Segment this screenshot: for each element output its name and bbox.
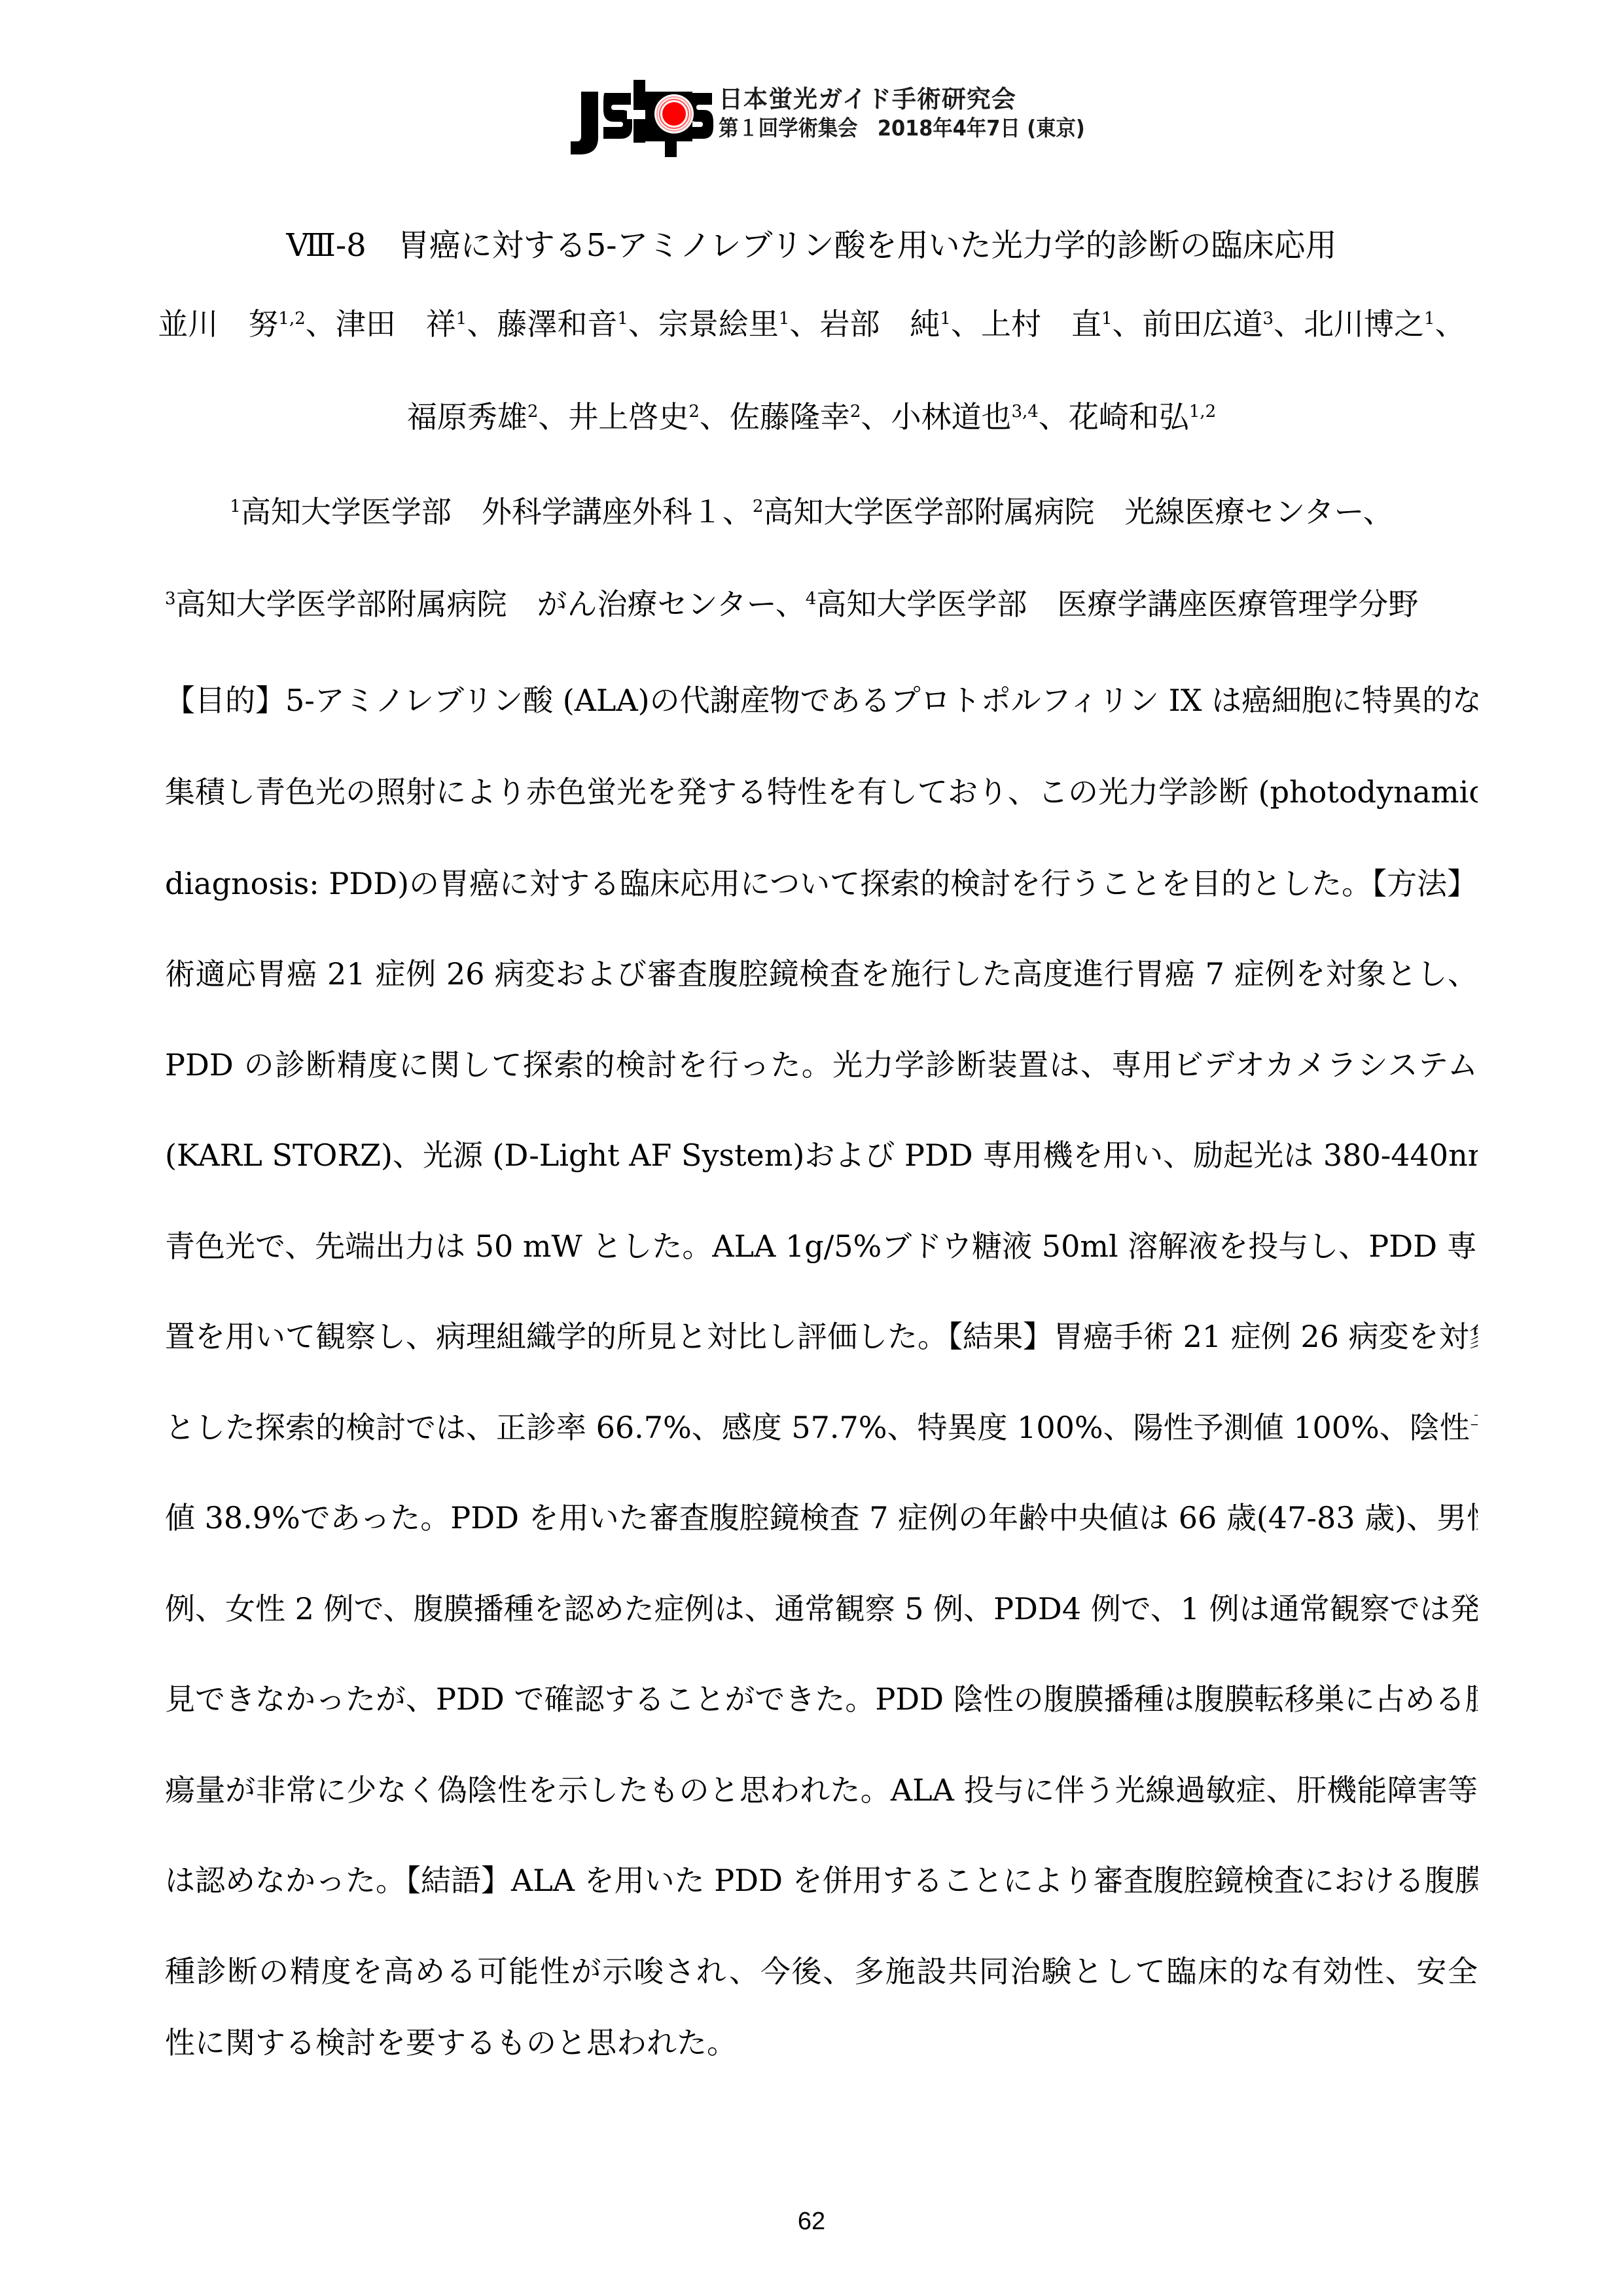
affiliation-number: 1: [230, 497, 241, 516]
body-line: は認めなかった。【結語】ALA を用いた PDD を併用することにより審査腹腔鏡…: [165, 1861, 1478, 1900]
author-separator: 、: [306, 306, 336, 342]
conference-header: 日本蛍光ガイド手術研究会 第１回学術集会 2018年4年7日 (東京): [562, 73, 1059, 158]
author-name: 並川 努: [158, 306, 278, 342]
author-separator: 、: [789, 306, 819, 342]
org-name: 日本蛍光ガイド手術研究会: [719, 85, 1116, 114]
abstract-title: Ⅷ-8 胃癌に対する5-アミノレブリン酸を用いた光力学的診断の臨床応用: [0, 226, 1623, 265]
author-separator: 、: [1274, 306, 1304, 342]
body-line: diagnosis: PDD)の胃癌に対する臨床応用について探索的検討を行うこと…: [165, 864, 1478, 903]
author-affiliation: 1,2: [1189, 402, 1216, 422]
author-name: 岩部 純: [819, 306, 940, 342]
author-affiliation: 1: [617, 309, 628, 329]
body-line: 種診断の精度を高める可能性が示唆され、今後、多施設共同治験として臨床的な有効性、…: [165, 1952, 1478, 1991]
author-name: 前田広道: [1143, 306, 1263, 342]
author-separator: 、: [1435, 306, 1465, 342]
body-line: とした探索的検討では、正診率 66.7%、感度 57.7%、特異度 100%、陽…: [165, 1408, 1478, 1447]
author-separator: 、: [1113, 306, 1143, 342]
author-name: 井上啓史: [568, 399, 688, 435]
author-separator: 、: [467, 306, 497, 342]
affiliation-number: 2: [753, 497, 764, 516]
jsfgs-logo-icon: [562, 73, 719, 158]
author-affiliation: 1: [1424, 309, 1435, 329]
header-text: 日本蛍光ガイド手術研究会 第１回学術集会 2018年4年7日 (東京): [719, 85, 1116, 143]
author-name: 小林道也: [891, 399, 1011, 435]
author-name: 花崎和弘: [1069, 399, 1189, 435]
author-separator: 、: [538, 399, 568, 435]
author-affiliation: 2: [688, 402, 700, 422]
author-separator: 、: [951, 306, 981, 342]
body-line: 【目的】5-アミノレブリン酸 (ALA)の代謝産物であるプロトポルフィリン IX…: [165, 681, 1478, 720]
author-name: 佐藤隆幸: [730, 399, 850, 435]
body-line: 例、女性 2 例で、腹膜播種を認めた症例は、通常観察 5 例、PDD4 例で、1…: [165, 1589, 1478, 1628]
author-affiliation: 2: [527, 402, 539, 422]
author-name: 福原秀雄: [407, 399, 527, 435]
body-line: 術適応胃癌 21 症例 26 病変および審査腹腔鏡検査を施行した高度進行胃癌 7…: [165, 954, 1478, 994]
affiliation-number: 3: [165, 589, 176, 609]
affiliations-line-1: 1高知大学医学部 外科学講座外科１、2高知大学医学部附属病院 光線医療センター、: [0, 492, 1623, 531]
affiliation-text: 高知大学医学部附属病院 光線医療センター、: [763, 494, 1393, 529]
author-name: 津田 祥: [336, 306, 456, 342]
affiliation-text: 高知大学医学部 医療学講座医療管理学分野: [816, 586, 1418, 622]
body-line: 性に関する検討を要するものと思われた。: [165, 2023, 1478, 2062]
author-separator: 、: [628, 306, 658, 342]
author-separator: 、: [1039, 399, 1069, 435]
author-affiliation: 1,2: [278, 309, 305, 329]
author-name: 藤澤和音: [497, 306, 617, 342]
body-line: 値 38.9%であった。PDD を用いた審査腹腔鏡検査 7 症例の年齢中央値は …: [165, 1498, 1478, 1537]
affiliation-text: 高知大学医学部 外科学講座外科１、: [241, 494, 753, 529]
author-affiliation: 3,4: [1011, 402, 1038, 422]
author-affiliation: 1: [779, 309, 790, 329]
body-line: 見できなかったが、PDD で確認することができた。PDD 陰性の腹膜播種は腹膜転…: [165, 1679, 1478, 1719]
body-line: 青色光で、先端出力は 50 mW とした。ALA 1g/5%ブドウ糖液 50ml…: [165, 1227, 1478, 1266]
author-name: 北川博之: [1304, 306, 1424, 342]
author-affiliation: 1: [940, 309, 951, 329]
body-line: 置を用いて観察し、病理組織学的所見と対比し評価した。【結果】胃癌手術 21 症例…: [165, 1317, 1478, 1356]
author-name: 上村 直: [981, 306, 1101, 342]
author-affiliation: 3: [1263, 309, 1274, 329]
page-number: 62: [0, 2207, 1623, 2236]
body-line: (KARL STORZ)、光源 (D-Light AF System)および P…: [165, 1136, 1478, 1175]
affiliations-line-2: 3高知大学医学部附属病院 がん治療センター、4高知大学医学部 医療学講座医療管理…: [165, 584, 1478, 624]
author-affiliation: 1: [1101, 309, 1113, 329]
affiliation-number: 4: [806, 589, 817, 609]
author-affiliation: 1: [456, 309, 467, 329]
author-name: 宗景絵里: [658, 306, 779, 342]
jsfgs-logo: [562, 73, 719, 158]
author-separator: 、: [861, 399, 891, 435]
affiliation-text: 高知大学医学部附属病院 がん治療センター、: [176, 586, 806, 622]
authors-line-2: 福原秀雄2、井上啓史2、佐藤隆幸2、小林道也3,4、花崎和弘1,2: [0, 397, 1623, 437]
meeting-info: 第１回学術集会 2018年4年7日 (東京): [719, 114, 1085, 143]
body-line: PDD の診断精度に関して探索的検討を行った。光力学診断装置は、専用ビデオカメラ…: [165, 1045, 1478, 1085]
body-line: 瘍量が非常に少なく偽陰性を示したものと思われた。ALA 投与に伴う光線過敏症、肝…: [165, 1770, 1478, 1810]
authors-line-1: 並川 努1,2、津田 祥1、藤澤和音1、宗景絵里1、岩部 純1、上村 直1、前田…: [0, 304, 1623, 344]
author-affiliation: 2: [850, 402, 861, 422]
author-separator: 、: [700, 399, 730, 435]
body-line: 集積し青色光の照射により赤色蛍光を発する特性を有しており、この光力学診断 (ph…: [165, 772, 1478, 812]
